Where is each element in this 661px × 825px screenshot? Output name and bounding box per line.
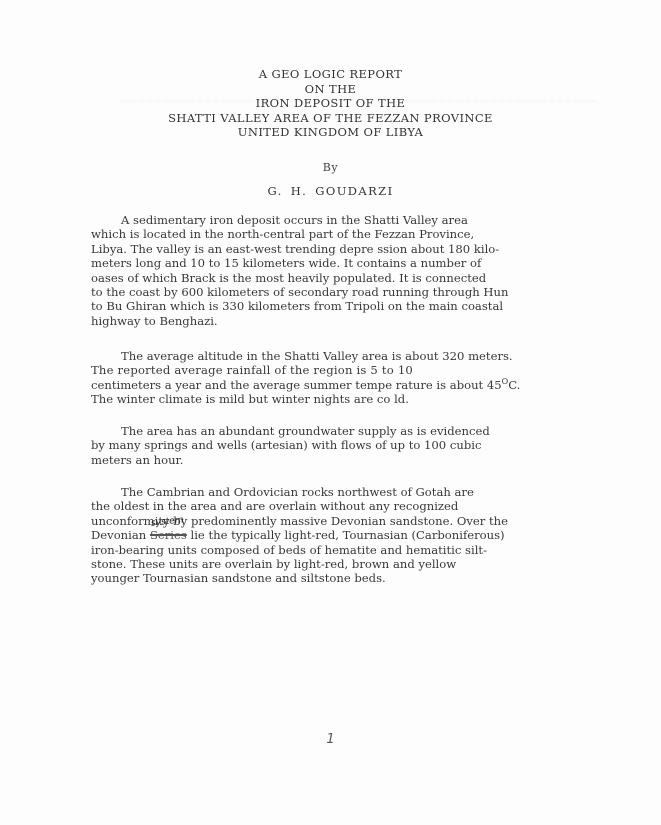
document-page: ~~~~~~~~~~~~~~~~~~~~~~~~~~~~~~~~~~~~~~~~… xyxy=(0,0,661,825)
paragraph-geology: The Cambrian and Ordovician rocks northw… xyxy=(91,485,591,586)
text-line: iron-bearing units composed of beds of h… xyxy=(91,543,591,557)
text-line: the oldest in the area and are overlain … xyxy=(91,499,591,513)
text-line: to the coast by 600 kilometers of second… xyxy=(91,285,591,299)
text-line: highway to Benghazi. xyxy=(91,314,591,328)
struck-out-word: Series xyxy=(150,528,187,542)
text-line: by many springs and wells (artesian) wit… xyxy=(91,438,591,452)
text-line-body: lie the typically light-red, Tournasian … xyxy=(191,528,505,542)
by-label: By xyxy=(0,161,661,174)
title-line: A GEO LOGIC REPORT xyxy=(0,67,661,82)
paragraph-location: A sedimentary iron deposit occurs in the… xyxy=(91,213,591,328)
title-line: SHATTI VALLEY AREA OF THE FEZZAN PROVINC… xyxy=(0,111,661,126)
title-line: IRON DEPOSIT OF THE xyxy=(0,96,661,111)
text-line: Devonian Series lie the typically light-… xyxy=(91,528,591,542)
paragraph-climate: The average altitude in the Shatti Valle… xyxy=(91,349,591,407)
title-line: UNITED KINGDOM OF LIBYA xyxy=(0,125,661,140)
text-line: stone. These units are overlain by light… xyxy=(91,557,591,571)
text-line: meters long and 10 to 15 kilometers wide… xyxy=(91,256,591,270)
text-line: meters an hour. xyxy=(91,453,591,467)
text-line: to Bu Ghiran which is 330 kilometers fro… xyxy=(91,299,591,313)
text-line: younger Tournasian sandstone and siltsto… xyxy=(91,571,591,585)
page-number: 1 xyxy=(0,732,661,747)
text-line: The Cambrian and Ordovician rocks northw… xyxy=(91,485,591,499)
text-line: The average altitude in the Shatti Valle… xyxy=(91,349,591,363)
report-title: A GEO LOGIC REPORT ON THE IRON DEPOSIT O… xyxy=(0,67,661,140)
text-line: centimeters a year and the average summe… xyxy=(91,378,591,392)
text-line: Libya. The valley is an east-west trendi… xyxy=(91,242,591,256)
text-line: The area has an abundant groundwater sup… xyxy=(91,424,591,438)
text-line-prefix: Devonian xyxy=(91,528,146,542)
text-line: The winter climate is mild but winter ni… xyxy=(91,392,591,406)
author-name: G. H. GOUDARZI xyxy=(0,184,661,198)
title-line: ON THE xyxy=(0,82,661,97)
temperature-unit: C. xyxy=(508,378,520,392)
text-line-body: centimeters a year and the average summe… xyxy=(91,378,502,392)
text-line: The reported average rainfall of the reg… xyxy=(91,363,591,377)
paragraph-water-supply: The area has an abundant groundwater sup… xyxy=(91,424,591,467)
text-line: which is located in the north-central pa… xyxy=(91,227,591,241)
text-line: A sedimentary iron deposit occurs in the… xyxy=(91,213,591,227)
text-line: oases of which Brack is the most heavily… xyxy=(91,271,591,285)
